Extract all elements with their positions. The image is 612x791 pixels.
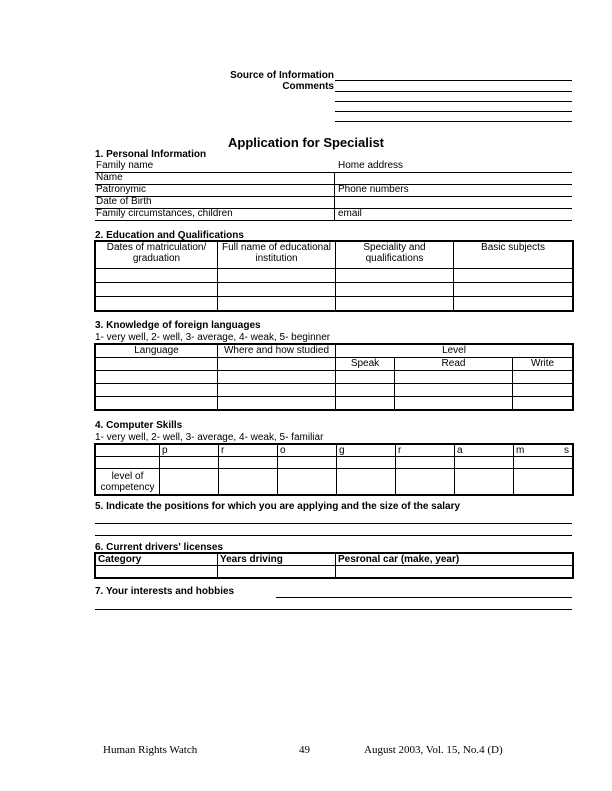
comments-line-4[interactable] — [335, 121, 572, 122]
positions-salary-line-2[interactable] — [95, 535, 572, 536]
drivers-license-table: Category Years driving Pesronal car (mak… — [95, 553, 573, 578]
email-label: email — [338, 208, 362, 220]
col-where-studied-header: Where and how studied — [218, 345, 336, 358]
row-divider — [95, 220, 572, 221]
program-name-cell[interactable] — [396, 457, 455, 469]
table-cell[interactable] — [454, 283, 573, 297]
table-cell[interactable] — [336, 397, 395, 410]
comments-line-1[interactable] — [335, 91, 572, 92]
table-cell[interactable] — [96, 384, 218, 397]
comments-label: Comments — [282, 81, 334, 92]
table-cell — [96, 445, 160, 457]
comments-line-2[interactable] — [335, 101, 572, 102]
table-cell[interactable] — [513, 371, 573, 384]
level-of-competency-label: level ofcompetency — [96, 469, 160, 495]
program-names-row — [96, 457, 573, 469]
col-category-header: Category — [96, 554, 218, 566]
phone-numbers-label: Phone numbers — [338, 184, 409, 196]
table-cell[interactable] — [96, 269, 218, 283]
table-row — [96, 269, 573, 283]
col-write-header: Write — [513, 358, 573, 371]
column-divider — [334, 172, 335, 220]
program-letter: o — [278, 445, 337, 457]
col-institution-header: Full name of educationalinstitution — [218, 242, 336, 269]
table-cell[interactable] — [218, 283, 336, 297]
table-cell[interactable] — [96, 297, 218, 311]
positions-salary-line-1[interactable] — [95, 523, 572, 524]
table-row — [96, 397, 573, 410]
table-cell[interactable] — [336, 283, 454, 297]
education-table: Dates of matriculation/graduation Full n… — [95, 241, 573, 311]
competency-row: level ofcompetency — [96, 469, 573, 495]
table-cell[interactable] — [336, 297, 454, 311]
col-years-driving-header: Years driving — [218, 554, 336, 566]
competency-cell[interactable] — [160, 469, 219, 495]
program-letter: p — [160, 445, 219, 457]
language-scale-legend: 1- very well, 2- well, 3- average, 4- we… — [95, 332, 330, 343]
table-cell[interactable] — [218, 358, 336, 371]
section-2-heading: 2. Education and Qualifications — [95, 230, 244, 241]
col-language-header: Language — [96, 345, 218, 358]
table-cell[interactable] — [395, 384, 513, 397]
computer-scale-legend: 1- very well, 2- well, 3- average, 4- we… — [95, 432, 323, 443]
table-cell[interactable] — [218, 384, 336, 397]
col-speak-header: Speak — [336, 358, 395, 371]
table-cell[interactable] — [454, 297, 573, 311]
col-speciality-header: Speciality andqualifications — [336, 242, 454, 269]
program-name-cell[interactable] — [455, 457, 514, 469]
table-cell[interactable] — [395, 371, 513, 384]
computer-skills-table: p r o g r a ms level ofcompetency — [95, 444, 573, 495]
table-row — [96, 283, 573, 297]
table-cell[interactable] — [96, 358, 218, 371]
competency-cell[interactable] — [337, 469, 396, 495]
program-name-cell[interactable] — [219, 457, 278, 469]
table-cell[interactable] — [96, 283, 218, 297]
col-personal-car-header: Pesronal car (make, year) — [336, 554, 573, 566]
source-of-information-label: Source of Information — [230, 70, 334, 81]
table-row: Speak Read Write — [96, 358, 573, 371]
family-name-label: Family name — [96, 160, 153, 172]
program-name-cell[interactable] — [514, 457, 573, 469]
education-header-row: Dates of matriculation/graduation Full n… — [96, 242, 573, 269]
section-4-heading: 4. Computer Skills — [95, 420, 182, 431]
family-circumstances-label: Family circumstances, children — [96, 208, 233, 220]
program-letter: r — [396, 445, 455, 457]
competency-cell[interactable] — [455, 469, 514, 495]
table-cell[interactable] — [336, 269, 454, 283]
program-letter: g — [337, 445, 396, 457]
program-letter: a — [455, 445, 514, 457]
program-name-cell[interactable] — [160, 457, 219, 469]
program-letter: ms — [514, 445, 573, 457]
table-cell[interactable] — [218, 297, 336, 311]
col-read-header: Read — [395, 358, 513, 371]
competency-cell[interactable] — [278, 469, 337, 495]
table-cell[interactable] — [96, 397, 218, 410]
personal-car-field[interactable] — [336, 566, 573, 578]
table-row — [96, 297, 573, 311]
comments-line-3[interactable] — [335, 111, 572, 112]
footer-issue: August 2003, Vol. 15, No.4 (D) — [364, 744, 503, 756]
table-cell[interactable] — [218, 269, 336, 283]
table-row — [96, 566, 573, 578]
category-field[interactable] — [96, 566, 218, 578]
table-row — [96, 384, 573, 397]
page-title: Application for Specialist — [0, 135, 612, 150]
table-cell[interactable] — [454, 269, 573, 283]
table-cell — [96, 457, 160, 469]
table-row — [96, 371, 573, 384]
years-driving-field[interactable] — [218, 566, 336, 578]
date-of-birth-label: Date of Birth — [96, 196, 152, 208]
languages-header-row: Language Where and how studied Level — [96, 345, 573, 358]
footer-publisher: Human Rights Watch — [103, 744, 197, 756]
table-cell[interactable] — [96, 371, 218, 384]
patronymic-label: Patronymic — [96, 184, 146, 196]
footer-page-number: 49 — [299, 744, 310, 756]
name-label: Name — [96, 172, 123, 184]
program-name-cell[interactable] — [278, 457, 337, 469]
section-1-heading: 1. Personal Information — [95, 149, 206, 160]
table-cell[interactable] — [336, 371, 395, 384]
section-6-heading: 6. Current drivers' licenses — [95, 542, 223, 553]
table-cell[interactable] — [218, 397, 336, 410]
section-7-heading: 7. Your interests and hobbies — [95, 586, 234, 597]
table-cell[interactable] — [336, 384, 395, 397]
table-cell[interactable] — [513, 397, 573, 410]
competency-cell[interactable] — [396, 469, 455, 495]
license-header-row: Category Years driving Pesronal car (mak… — [96, 554, 573, 566]
table-cell[interactable] — [218, 371, 336, 384]
competency-cell[interactable] — [219, 469, 278, 495]
section-3-heading: 3. Knowledge of foreign languages — [95, 320, 261, 331]
col-dates-header: Dates of matriculation/graduation — [96, 242, 218, 269]
program-letter: r — [219, 445, 278, 457]
personal-info-row: Family name Home address — [95, 160, 572, 172]
source-of-information-line[interactable] — [335, 80, 572, 81]
interests-hobbies-line-2[interactable] — [95, 609, 572, 610]
interests-hobbies-line-1[interactable] — [276, 597, 572, 598]
home-address-label: Home address — [338, 160, 403, 172]
competency-cell[interactable] — [514, 469, 573, 495]
programs-header-row: p r o g r a ms — [96, 445, 573, 457]
col-subjects-header: Basic subjects — [454, 242, 573, 269]
table-cell[interactable] — [513, 384, 573, 397]
languages-table: Language Where and how studied Level Spe… — [95, 344, 573, 410]
col-level-header: Level — [336, 345, 573, 358]
program-name-cell[interactable] — [337, 457, 396, 469]
section-5-heading: 5. Indicate the positions for which you … — [95, 501, 460, 512]
table-cell[interactable] — [395, 397, 513, 410]
